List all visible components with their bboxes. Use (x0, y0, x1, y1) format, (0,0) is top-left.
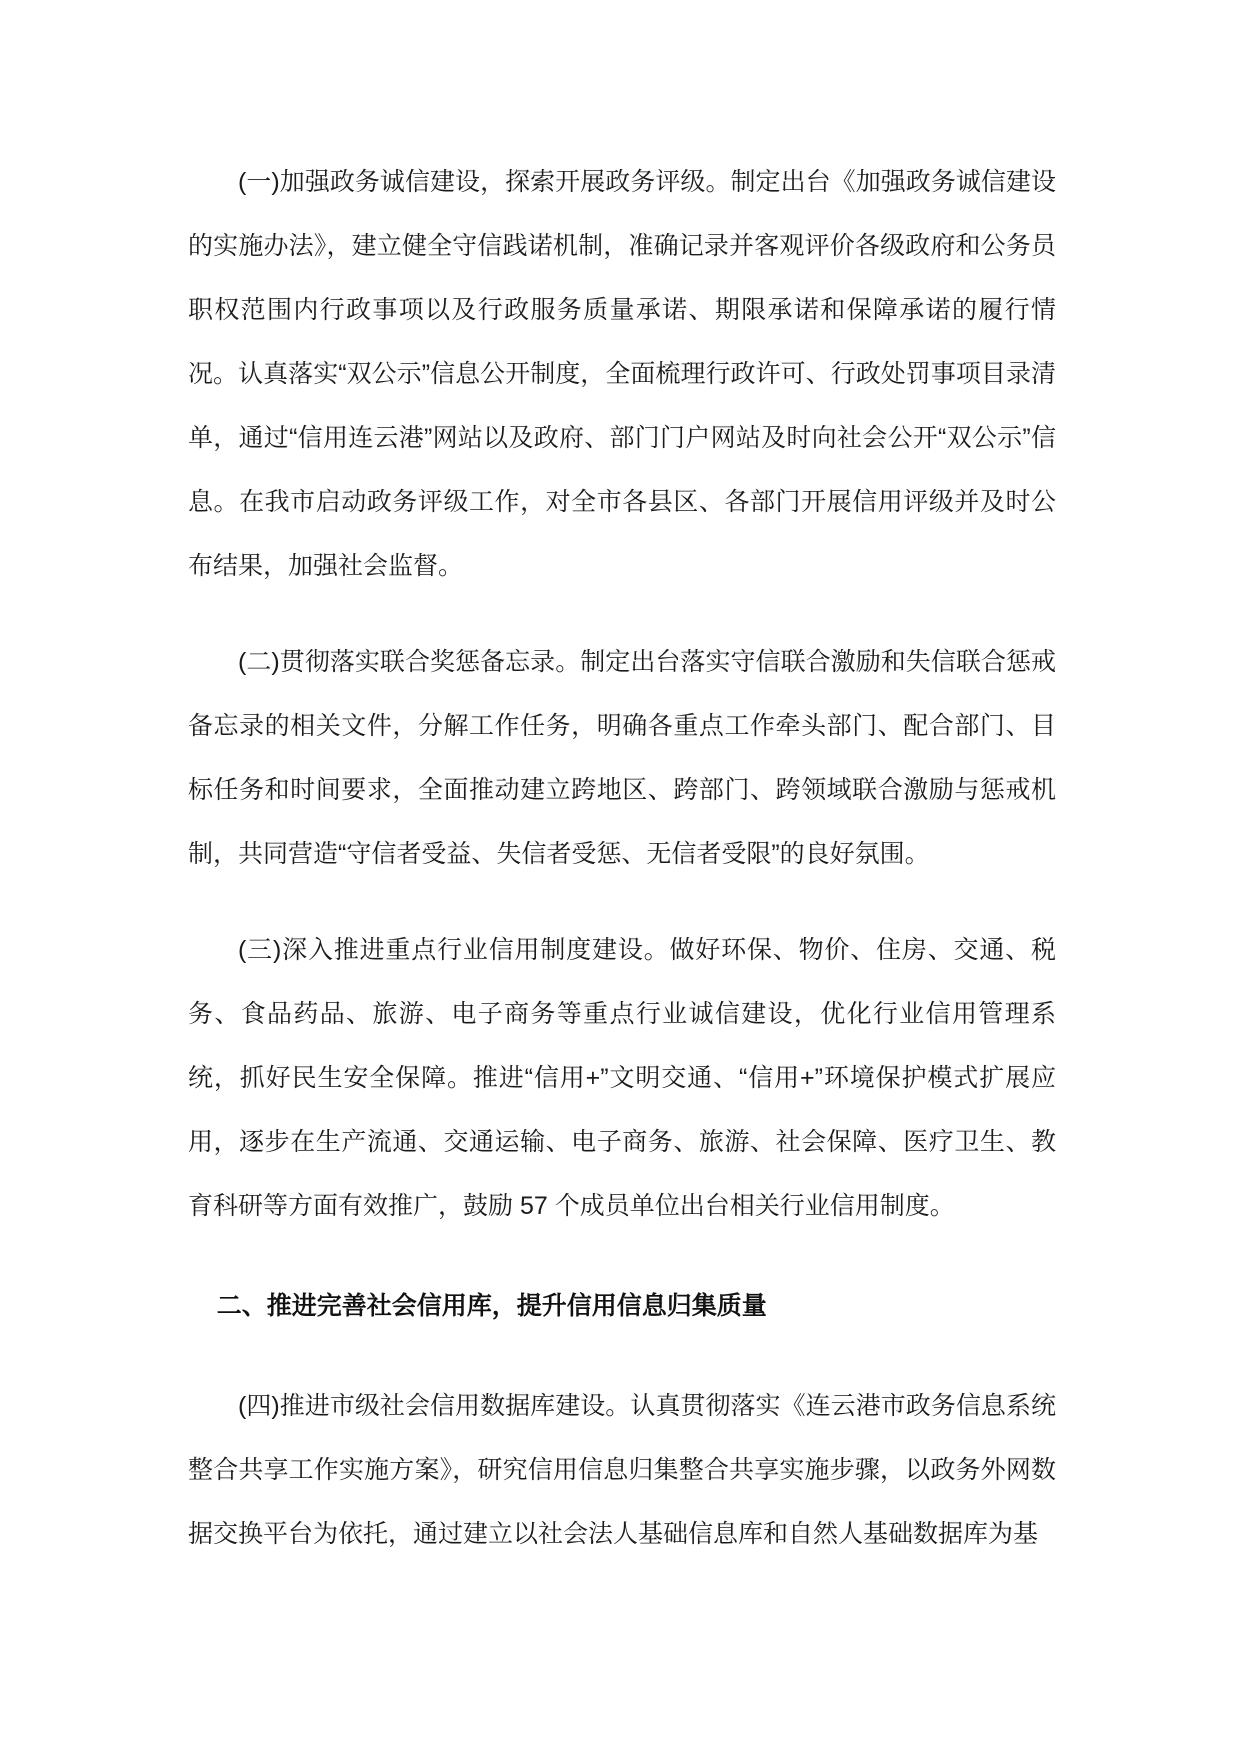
document-page: (一)加强政务诚信建设，探索开展政务评级。制定出台《加强政务诚信建设的实施办法》… (0, 0, 1241, 1754)
paragraph-1-political-integrity: (一)加强政务诚信建设，探索开展政务评级。制定出台《加强政务诚信建设的实施办法》… (188, 150, 1056, 598)
paragraph-3-industry-credit-system: (三)深入推进重点行业信用制度建设。做好环保、物价、住房、交通、税务、食品药品、… (188, 918, 1056, 1238)
section-heading-2-social-credit-database: 二、推进完善社会信用库，提升信用信息归集质量 (188, 1274, 1056, 1338)
paragraph-2-joint-reward-punishment: (二)贯彻落实联合奖惩备忘录。制定出台落实守信联合激励和失信联合惩戒备忘录的相关… (188, 630, 1056, 886)
paragraph-4-municipal-credit-database: (四)推进市级社会信用数据库建设。认真贯彻落实《连云港市政务信息系统整合共享工作… (188, 1374, 1056, 1566)
